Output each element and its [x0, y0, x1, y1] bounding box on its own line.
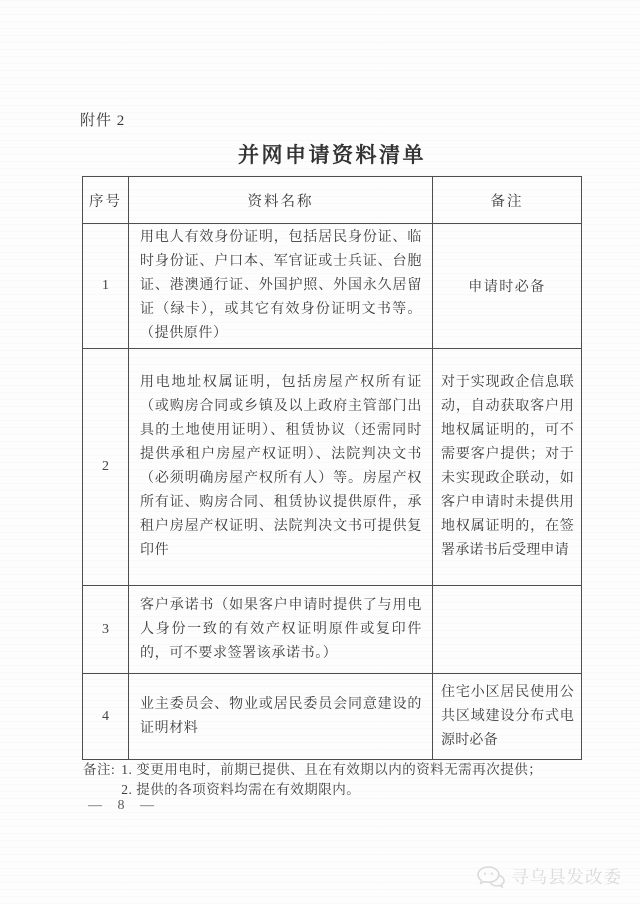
col-header-no: 序号 — [83, 177, 129, 224]
footnote-item: 1. 变更用电时，前期已提供、且在有效期以内的资料无需再次提供； — [121, 760, 542, 779]
row-1-name: 用电人有效身份证明，包括居民身份证、临时身份证、户口本、军官证或士兵证、台胞证、… — [129, 224, 433, 349]
row-1-remark: 申请时必备 — [433, 224, 582, 349]
page-title: 并网申请资料清单 — [82, 139, 582, 169]
row-2-remark: 对于实现政企信息联动，自动获取客户用地权属证明的，可不需要客户提供；对于未实现政… — [433, 349, 582, 586]
footnotes: 备注: 1. 变更用电时，前期已提供、且在有效期以内的资料无需再次提供； 2. … — [83, 760, 583, 800]
publisher-name: 寻乌县发改委 — [511, 864, 622, 889]
row-2-name: 用电地址权属证明，包括房屋产权所有证（或购房合同或乡镇及以上政府主管部门出具的土… — [129, 349, 433, 586]
row-3-no: 3 — [83, 586, 129, 674]
table-header-row: 序号 资料名称 备注 — [83, 177, 582, 224]
table-row: 3 客户承诺书（如果客户申请时提供了与用电人身份一致的有效产权证明原件或复印件的… — [83, 586, 582, 674]
col-header-name: 资料名称 — [129, 177, 433, 224]
footnote-item: 2. 提供的各项资料均需在有效期限内。 — [121, 780, 542, 799]
col-header-remark: 备注 — [433, 177, 582, 224]
table-row: 2 用电地址权属证明，包括房屋产权所有证（或购房合同或乡镇及以上政府主管部门出具… — [83, 349, 582, 586]
chat-bubbles-icon — [476, 865, 506, 889]
row-3-remark — [433, 586, 582, 674]
row-1-no: 1 — [83, 224, 129, 349]
document-page: 附件 2 并网申请资料清单 序号 资料名称 备注 1 用电人有效身份证明，包括居… — [0, 0, 640, 904]
row-3-name: 客户承诺书（如果客户申请时提供了与用电人身份一致的有效产权证明原件或复印件的，可… — [129, 586, 433, 674]
table-row: 1 用电人有效身份证明，包括居民身份证、临时身份证、户口本、军官证或士兵证、台胞… — [83, 224, 582, 349]
attachment-label: 附件 2 — [80, 109, 125, 130]
publisher-watermark: 寻乌县发改委 — [476, 864, 622, 889]
row-2-no: 2 — [83, 349, 129, 586]
row-4-no: 4 — [83, 674, 129, 760]
table-row: 4 业主委员会、物业或居民委员会同意建设的证明材料 住宅小区居民使用公共区域建设… — [83, 674, 582, 760]
footnotes-label: 备注: — [83, 760, 115, 800]
page-number: — 8 — — [88, 798, 160, 814]
row-4-name: 业主委员会、物业或居民委员会同意建设的证明材料 — [129, 674, 433, 760]
row-4-remark: 住宅小区居民使用公共区域建设分布式电源时必备 — [433, 674, 582, 760]
materials-table: 序号 资料名称 备注 1 用电人有效身份证明，包括居民身份证、临时身份证、户口本… — [82, 176, 582, 760]
